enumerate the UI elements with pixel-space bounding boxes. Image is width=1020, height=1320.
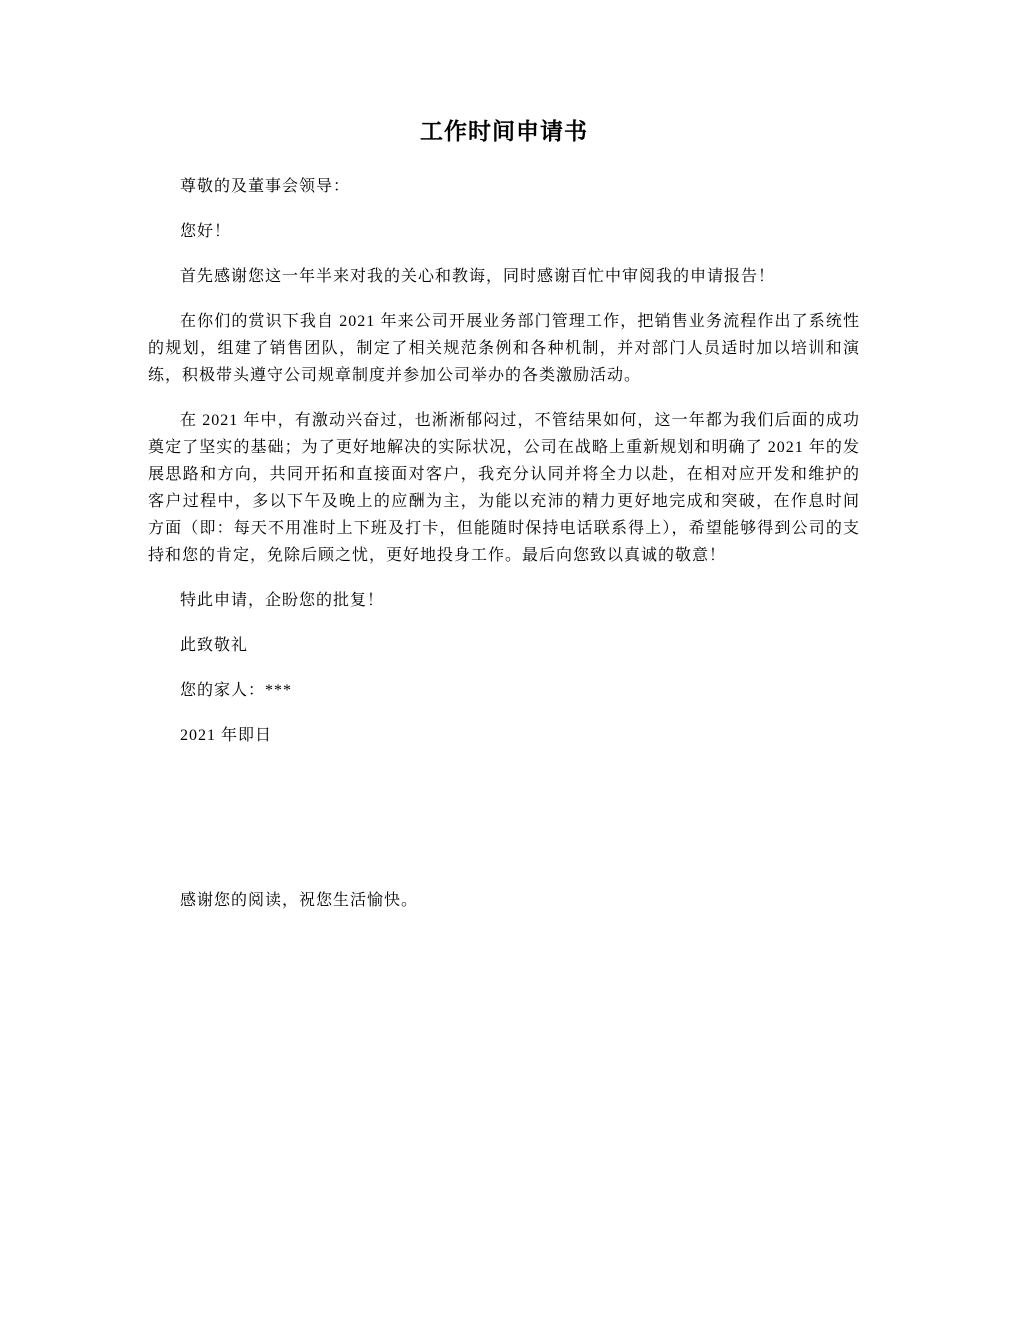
date-line: 2021 年即日 [148, 722, 860, 749]
salutation-line: 尊敬的及董事会领导： [148, 173, 860, 200]
salute-line: 此致敬礼 [148, 632, 860, 659]
blank-space [148, 767, 860, 887]
signature-line: 您的家人：*** [148, 677, 860, 704]
footer-note: 感谢您的阅读，祝您生活愉快。 [148, 887, 860, 914]
thanks-paragraph: 首先感谢您这一年半来对我的关心和教诲，同时感谢百忙中审阅我的申请报告！ [148, 263, 860, 290]
work-summary-paragraph: 在你们的赏识下我自 2021 年来公司开展业务部门管理工作，把销售业务流程作出了… [148, 308, 860, 389]
application-line: 特此申请，企盼您的批复！ [148, 587, 860, 614]
page-title: 工作时间申请书 [148, 116, 860, 148]
request-paragraph: 在 2021 年中，有激动兴奋过，也淅淅郁闷过，不管结果如何，这一年都为我们后面… [148, 407, 860, 569]
document-page: 工作时间申请书 尊敬的及董事会领导： 您好！ 首先感谢您这一年半来对我的关心和教… [0, 0, 1020, 1320]
greeting-line: 您好！ [148, 218, 860, 245]
